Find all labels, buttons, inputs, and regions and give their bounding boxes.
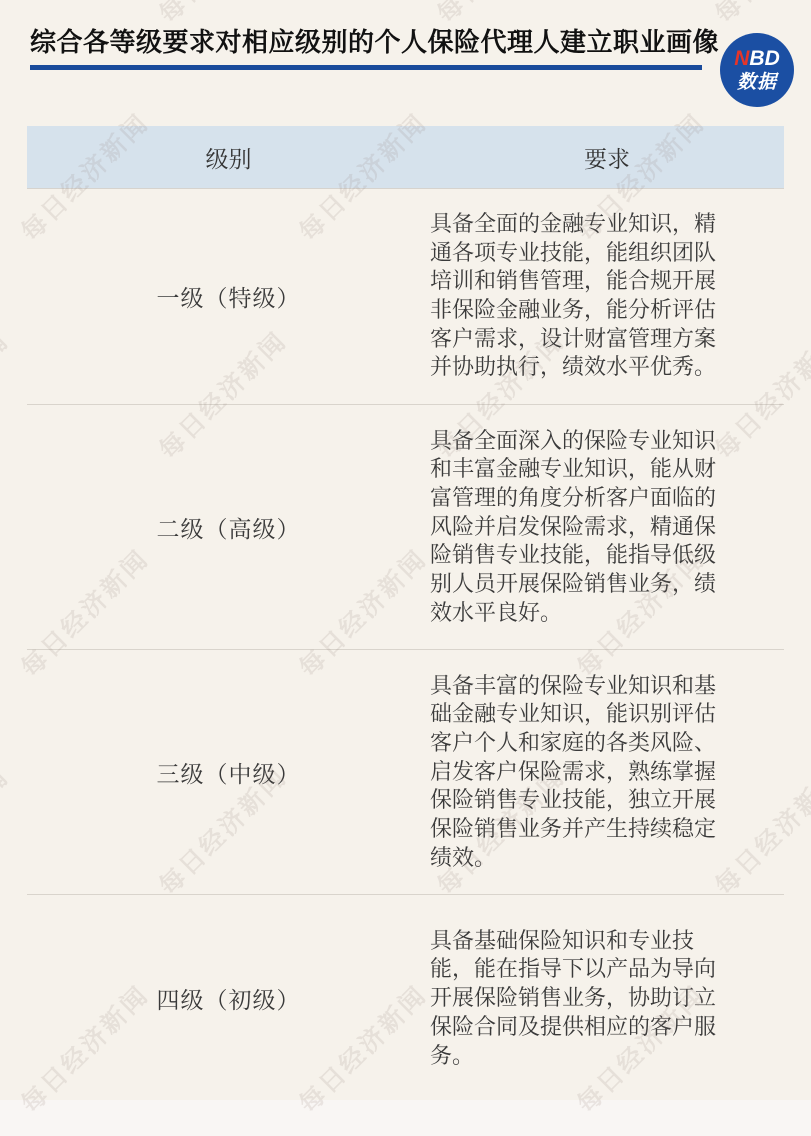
requirement-cell: 具备丰富的保险专业知识和基础金融专业知识，能识别评估客户个人和家庭的各类风险、启… [430, 672, 784, 873]
level-cell: 一级（特级） [27, 280, 430, 313]
nbd-logo-subtext: 数据 [737, 73, 777, 92]
requirement-cell: 具备全面深入的保险专业知识和丰富金融专业知识，能从财富管理的角度分析客户面临的风… [430, 427, 784, 628]
requirement-text: 具备丰富的保险专业知识和基础金融专业知识，能识别评估客户个人和家庭的各类风险、启… [430, 672, 736, 873]
requirement-text: 具备全面的金融专业知识，精通各项专业技能，能组织团队培训和销售管理，能合规开展非… [430, 210, 736, 382]
table-header-row: 级别 要求 [27, 126, 784, 188]
requirement-text: 具备基础保险知识和专业技能，能在指导下以产品为导向开展保险销售业务，协助订立保险… [430, 927, 736, 1071]
levels-table: 级别 要求 一级（特级） 具备全面的金融专业知识，精通各项专业技能，能组织团队培… [27, 126, 784, 1102]
page-header: 综合各等级要求对相应级别的个人保险代理人建立职业画像 [30, 26, 730, 70]
watermark-text: 每日经济新闻 [0, 322, 16, 466]
table-row: 四级（初级） 具备基础保险知识和专业技能，能在指导下以产品为导向开展保险销售业务… [27, 894, 784, 1102]
requirement-cell: 具备全面的金融专业知识，精通各项专业技能，能组织团队培训和销售管理，能合规开展非… [430, 210, 784, 382]
title-underline-rule [30, 65, 702, 70]
level-cell: 三级（中级） [27, 756, 430, 789]
column-header-requirement: 要求 [430, 141, 784, 174]
watermark-text: 每日经济新闻 [0, 758, 16, 902]
requirement-cell: 具备基础保险知识和专业技能，能在指导下以产品为导向开展保险销售业务，协助订立保险… [430, 927, 784, 1071]
level-cell: 二级（高级） [27, 511, 430, 544]
infographic-canvas: 每日经济新闻每日经济新闻每日经济新闻每日经济新闻每日经济新闻每日经济新闻每日经济… [0, 0, 811, 1136]
footer-strip [0, 1100, 811, 1136]
table-row: 一级（特级） 具备全面的金融专业知识，精通各项专业技能，能组织团队培训和销售管理… [27, 188, 784, 404]
table-row: 三级（中级） 具备丰富的保险专业知识和基础金融专业知识，能识别评估客户个人和家庭… [27, 649, 784, 894]
watermark-text: 每日经济新闻 [0, 0, 16, 30]
nbd-data-logo: NBD 数据 [720, 33, 794, 107]
requirement-text: 具备全面深入的保险专业知识和丰富金融专业知识，能从财富管理的角度分析客户面临的风… [430, 427, 736, 628]
table-body: 一级（特级） 具备全面的金融专业知识，精通各项专业技能，能组织团队培训和销售管理… [27, 188, 784, 1102]
level-cell: 四级（初级） [27, 982, 430, 1015]
table-row: 二级（高级） 具备全面深入的保险专业知识和丰富金融专业知识，能从财富管理的角度分… [27, 404, 784, 649]
page-title: 综合各等级要求对相应级别的个人保险代理人建立职业画像 [30, 26, 730, 58]
nbd-logo-text: NBD [734, 48, 780, 69]
column-header-level: 级别 [27, 141, 430, 174]
